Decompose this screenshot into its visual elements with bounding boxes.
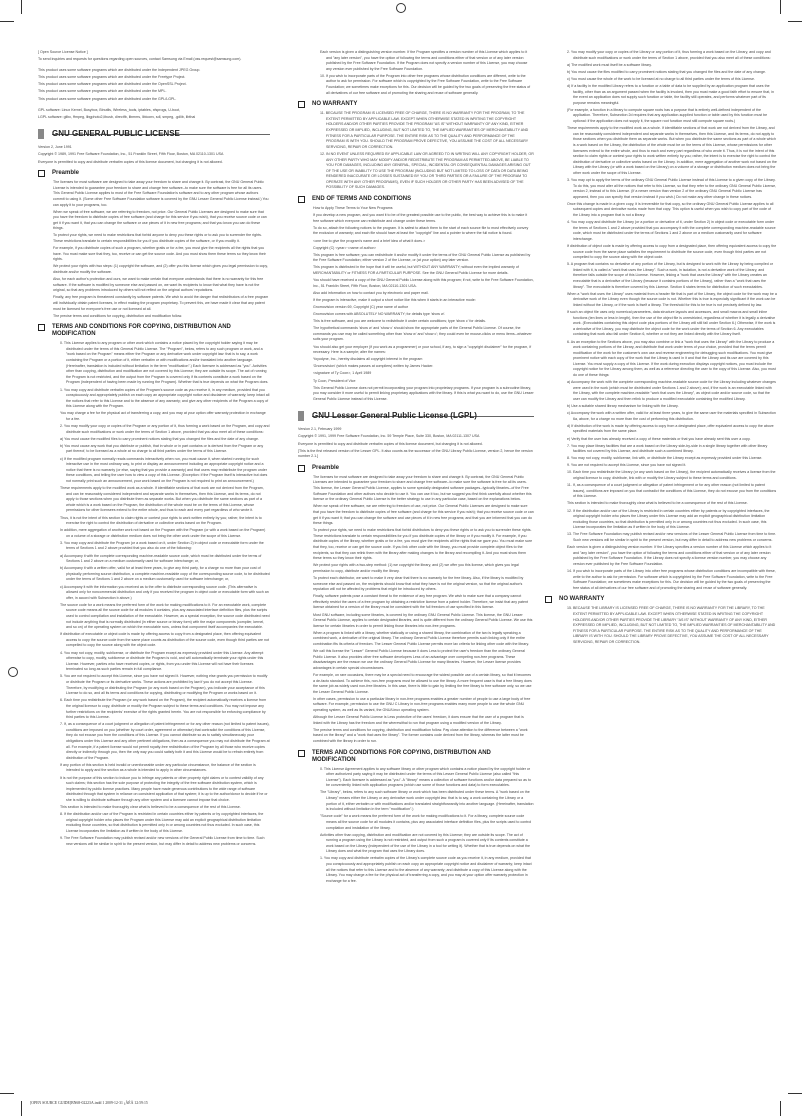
paragraph: We protect your rights with a two-step m… xyxy=(298,563,534,574)
term-subitem: c) If the modified program normally read… xyxy=(38,457,270,485)
paragraph: Finally, any free program is threatened … xyxy=(38,295,270,312)
term-item: 6. Each time you redistribute the Progra… xyxy=(38,698,270,720)
paragraph: In other cases, permission to use a part… xyxy=(298,697,534,714)
lgpl-permission: Everyone is permitted to copy and distri… xyxy=(298,442,534,448)
notice-contact: To send inquiries and requests for quest… xyxy=(38,57,270,63)
paragraph: The hypothetical commands 'show w' and '… xyxy=(298,326,534,343)
checkbox-square-icon xyxy=(38,324,45,331)
column-3: 2. You may modify your copy or copies of… xyxy=(545,50,777,647)
paragraph: You should have received a copy of the G… xyxy=(298,278,534,289)
notice-use: This product uses some software programs… xyxy=(38,97,270,103)
paragraph: When we speak of free software, we are r… xyxy=(298,504,534,526)
term-item: "Source code" for a work means the prefe… xyxy=(298,814,534,831)
paragraph: How to Apply These Terms to Your New Pro… xyxy=(298,206,534,212)
paragraph: <one line to give the program's name and… xyxy=(298,239,534,245)
paragraph: <signature of Ty Coon>, 1 April 1989 xyxy=(298,371,534,377)
term-item: Each version is given a distinguishing v… xyxy=(298,50,534,72)
paragraph: We call this license the "Lesser" Genera… xyxy=(298,649,534,671)
heading-text: NO WARRANTY xyxy=(559,596,604,602)
paragraph: The licenses for most software are desig… xyxy=(38,180,270,208)
paragraph: This is free software, and you are welco… xyxy=(298,319,534,325)
term-item: In addition, mere aggregation of another… xyxy=(38,528,270,539)
heading-text: NO WARRANTY xyxy=(312,101,357,107)
gpl-terms-heading: TERMS AND CONDITIONS FOR COPYING, DISTRI… xyxy=(38,324,270,338)
warranty-item: 11. BECAUSE THE PROGRAM IS LICENSED FREE… xyxy=(298,111,534,150)
term-item: 8. If the distribution and/or use of the… xyxy=(38,812,270,834)
notice-use: This product uses some software programs… xyxy=(38,89,270,95)
term-item: The source code for a work means the pre… xyxy=(38,603,270,631)
lgpl-no-warranty-heading: NO WARRANTY xyxy=(545,596,777,603)
lgpl-title: GNU Lesser General Public License (LGPL) xyxy=(298,411,534,421)
term-item: If such an object file uses only numeric… xyxy=(545,310,777,338)
term-item: These requirements apply to the modified… xyxy=(38,486,270,514)
term-item: 5. You are not required to accept this L… xyxy=(38,674,270,696)
term-subitem: c) You must cause the whole of the work … xyxy=(545,77,777,83)
crop-mark xyxy=(780,1101,781,1116)
checkbox-square-icon xyxy=(298,196,305,203)
paragraph: Gnomovision comes with ABSOLUTELY NO WAR… xyxy=(298,312,534,318)
term-subitem: b) Use a suitable shared library mechani… xyxy=(545,404,777,410)
paragraph: The licenses for most software are desig… xyxy=(298,475,534,503)
term-item: 2. You may modify your copy or copies of… xyxy=(545,50,777,61)
heading-text: END OF TERMS AND CONDITIONS xyxy=(312,196,411,202)
term-item: 4. You may not copy, modify, sublicense,… xyxy=(38,651,270,673)
paragraph: For example, on rare occasions, there ma… xyxy=(298,673,534,695)
paragraph: Most GNU software, including some librar… xyxy=(298,613,534,630)
paragraph: The precise terms and conditions for cop… xyxy=(38,314,270,320)
gpl-title: GNU GENERAL PUBLIC LICENSE xyxy=(38,129,270,139)
paragraph: Also add information on how to contact y… xyxy=(298,291,534,297)
term-subitem: b) You must cause the files modified to … xyxy=(545,70,777,76)
crop-mark xyxy=(788,1093,802,1094)
crop-mark xyxy=(0,1093,14,1094)
term-item: 5. A program that contains no derivative… xyxy=(545,262,777,290)
term-subitem: a) You must cause the modified files to … xyxy=(38,437,270,443)
print-footer: [OPEN SOURCE GUIDE]BN68-02223A.indd 1 20… xyxy=(30,1101,148,1105)
term-subitem: b) You must cause any work that you dist… xyxy=(38,444,270,455)
term-item: 3. You may copy and distribute the Progr… xyxy=(38,541,270,552)
paragraph: 'Gnomovision' (which makes passes at com… xyxy=(298,364,534,370)
lgpl-title-text: GNU Lesser General Public License (LGPL) xyxy=(312,411,477,420)
checkbox-square-icon xyxy=(298,465,305,472)
lgpl-terms-heading: TERMS AND CONDITIONS FOR COPYING, DISTRI… xyxy=(298,750,534,764)
term-item: 10. If you wish to incorporate parts of … xyxy=(298,74,534,96)
term-item: If any portion of this section is held i… xyxy=(38,763,270,774)
paragraph: We protect your rights with two steps: (… xyxy=(38,264,270,275)
lgpl-preamble-heading: Preamble xyxy=(298,465,534,472)
term-subitem: a) Accompany the work with the complete … xyxy=(545,380,777,402)
crop-mark xyxy=(21,0,22,14)
crop-mark xyxy=(21,1101,22,1116)
paragraph: When a program is linked with a library,… xyxy=(298,631,534,648)
registration-mark-icon xyxy=(8,667,18,677)
term-item: 1. You may copy and distribute verbatim … xyxy=(298,856,534,884)
paragraph: Copyright (C) <year> <name of author> xyxy=(298,246,534,252)
heading-text: Preamble xyxy=(312,465,339,471)
term-item: 7. If, as a consequence of a court judgm… xyxy=(38,722,270,761)
gpl-version: Version 2, June 1991 xyxy=(38,145,270,151)
term-item: It is not the purpose of this section to… xyxy=(38,776,270,804)
term-subitem: c) Accompany it with the information you… xyxy=(38,585,270,602)
paragraph: Finally, software patents pose a constan… xyxy=(298,594,534,611)
paragraph: If you develop a new program, and you wa… xyxy=(298,213,534,224)
term-item: 9. You are not required to accept this L… xyxy=(545,463,777,469)
term-item: This section is intended to make thoroug… xyxy=(38,805,270,811)
gpl-preamble-heading: Preamble xyxy=(38,170,270,177)
term-item: You may charge a fee for the physical ac… xyxy=(38,411,270,422)
term-item: 7. You may place library facilities that… xyxy=(545,444,777,455)
term-item: This section is intended to make thoroug… xyxy=(545,501,777,507)
paragraph: You should also get your employer (if yo… xyxy=(298,345,534,356)
term-item: 10. Each time you redistribute the Libra… xyxy=(545,470,777,481)
term-item: 0. This License applies to any program o… xyxy=(38,341,270,386)
term-item: (For example, a function in a library to… xyxy=(545,108,777,125)
term-subitem: c) Accompany the work with a written off… xyxy=(545,411,777,422)
gpl-permission: Everyone is permitted to copy and distri… xyxy=(38,160,270,166)
crop-mark xyxy=(0,21,14,22)
term-subitem: d) If a facility in the modified Library… xyxy=(545,84,777,106)
term-item: The "Library", below, refers to any such… xyxy=(298,790,534,812)
gpl-software-list: GPL software: Linux Kernel, Busybox, Bin… xyxy=(38,108,270,114)
term-item: Thus, it is not the intent of this secti… xyxy=(38,516,270,527)
warranty-item: 12. IN NO EVENT UNLESS REQUIRED BY APPLI… xyxy=(298,152,534,191)
term-subitem: a) The modified work must itself be a so… xyxy=(545,63,777,69)
term-item: 13. The Free Software Foundation may pub… xyxy=(545,532,777,543)
term-subitem: e) Verify that the user has already rece… xyxy=(545,437,777,443)
column-1: [ Open Source License Notice ] To send i… xyxy=(38,50,270,849)
paragraph: Ty Coon, President of Vice xyxy=(298,379,534,385)
heading-bar-icon xyxy=(38,129,44,139)
registration-mark-icon xyxy=(396,3,406,13)
term-item: These requirements apply to the modified… xyxy=(545,126,777,176)
term-item: 1. You may copy and distribute verbatim … xyxy=(38,388,270,410)
paragraph: For example, if you distribute copies of… xyxy=(38,246,270,263)
gpl-no-warranty-heading: NO WARRANTY xyxy=(298,101,534,108)
heading-text: TERMS AND CONDITIONS FOR COPYING, DISTRI… xyxy=(52,324,231,337)
gpl-title-text: GNU GENERAL PUBLIC LICENSE xyxy=(52,129,180,138)
lgpl-note: [This is the first released version of t… xyxy=(298,449,534,460)
term-item: If distribution of object code is made b… xyxy=(545,244,777,261)
heading-bar-icon xyxy=(298,411,304,421)
notice-use: This product uses some software programs… xyxy=(38,68,270,74)
crop-mark xyxy=(780,0,781,14)
term-item: If distribution of executable or object … xyxy=(38,632,270,649)
paragraph: Gnomovision version 69, Copyright (C) ye… xyxy=(298,305,534,311)
crop-mark xyxy=(788,21,802,22)
paragraph: When we speak of free software, we are r… xyxy=(38,210,270,232)
gpl-copyright: Copyright © 1989, 1991 Free Software Fou… xyxy=(38,152,270,158)
term-subitem: d) If distribution of the work is made b… xyxy=(545,424,777,435)
lgpl-software-list: LGPL software: glibc, ffmpeg, libgphoto2… xyxy=(38,115,270,121)
term-item: Once this change is made in a given copy… xyxy=(545,202,777,219)
heading-text: Preamble xyxy=(52,170,79,176)
heading-text: TERMS AND CONDITIONS FOR COPYING, DISTRI… xyxy=(312,750,491,763)
term-item: 4. You may copy and distribute the Libra… xyxy=(545,220,777,242)
paragraph: To protect your rights, we need to make … xyxy=(298,528,534,562)
term-item: Each version is given a distinguishing v… xyxy=(545,545,777,567)
paragraph: Also, for each author's protection and o… xyxy=(38,277,270,294)
notice-use: This product uses some software programs… xyxy=(38,82,270,88)
paragraph: This program is free software; you can r… xyxy=(298,253,534,264)
lgpl-version: Version 2.1, February 1999 xyxy=(298,427,534,433)
paragraph: If the program is interactive, make it o… xyxy=(298,298,534,304)
term-subitem: b) Accompany it with a written offer, va… xyxy=(38,566,270,583)
checkbox-square-icon xyxy=(545,596,552,603)
paragraph: Although the Lesser General Public Licen… xyxy=(298,715,534,726)
paragraph: To protect your rights, we need to make … xyxy=(38,233,270,244)
paragraph: To protect each distributor, we want to … xyxy=(298,576,534,593)
term-item: 6. As an exception to the Sections above… xyxy=(545,340,777,379)
term-item: 12. If the distribution and/or use of th… xyxy=(545,509,777,531)
term-subitem: a) Accompany it with the complete corres… xyxy=(38,554,270,565)
paragraph: This General Public License does not per… xyxy=(298,386,534,403)
paragraph: To do so, attach the following notices t… xyxy=(298,226,534,237)
notice-title: [ Open Source License Notice ] xyxy=(38,50,270,56)
term-item: 0. This License Agreement applies to any… xyxy=(298,767,534,789)
term-item: Activities other than copying, distribut… xyxy=(298,833,534,855)
paragraph: Yoyodyne, Inc., hereby disclaims all cop… xyxy=(298,357,534,363)
checkbox-square-icon xyxy=(38,170,45,177)
term-item: 14. If you wish to incorporate parts of … xyxy=(545,569,777,591)
checkbox-square-icon xyxy=(298,750,305,757)
warranty-item: 15. BECAUSE THE LIBRARY IS LICENSED FREE… xyxy=(545,606,777,645)
term-item: 3. You may opt to apply the terms of the… xyxy=(545,178,777,200)
gpl-end-heading: END OF TERMS AND CONDITIONS xyxy=(298,196,534,203)
paragraph: This program is distributed in the hope … xyxy=(298,265,534,276)
paragraph: The precise terms and conditions for cop… xyxy=(298,728,534,745)
term-item: 9. The Free Software Foundation may publ… xyxy=(38,836,270,847)
term-item: 11. If, as a consequence of a court judg… xyxy=(545,483,777,500)
term-item: 8. You may not copy, modify, sublicense,… xyxy=(545,456,777,462)
checkbox-square-icon xyxy=(298,101,305,108)
notice-use: This product uses some software programs… xyxy=(38,75,270,81)
lgpl-copyright: Copyright © 1991, 1999 Free Software Fou… xyxy=(298,434,534,440)
column-2: Each version is given a distinguishing v… xyxy=(298,50,534,886)
term-item: 2. You may modify your copy or copies of… xyxy=(38,424,270,435)
term-item: When a "work that uses the Library" uses… xyxy=(545,292,777,309)
